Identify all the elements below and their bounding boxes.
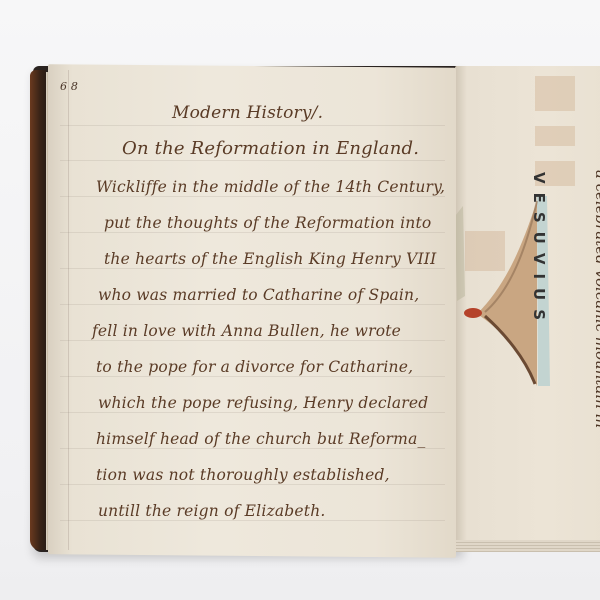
heading-line: On the Reformation in England. [122, 138, 419, 159]
ruled-line [60, 304, 445, 305]
ruled-line [60, 412, 445, 413]
ruled-line [60, 196, 445, 197]
page-title: Modern History/. [172, 103, 323, 123]
right-page [455, 66, 600, 550]
text-line: himself head of the church but Reforma_ [96, 430, 425, 448]
ruled-line [60, 484, 445, 485]
page-edges [455, 540, 600, 552]
ruled-line [60, 376, 445, 377]
page-corner-mark: 6 8 [60, 80, 78, 93]
ruled-line [60, 340, 445, 341]
ruled-line [60, 232, 445, 233]
text-line: tion was not thoroughly established, [96, 466, 390, 484]
ruled-line [60, 448, 445, 449]
ruled-line [60, 160, 445, 161]
book-spine-edge [30, 70, 46, 550]
text-line: to the pope for a divorce for Catharine, [96, 358, 413, 376]
text-line: Wickliffe in the middle of the 14th Cent… [96, 178, 445, 196]
right-page-handwriting: a celebrated volcanic mountain in [592, 170, 600, 428]
text-line: fell in love with Anna Bullen, he wrote [92, 322, 401, 340]
text-line: the hearts of the English King Henry VII… [104, 250, 436, 268]
vesuvius-label: VESUVIUS [530, 172, 548, 329]
text-line: who was married to Catharine of Spain, [98, 286, 419, 304]
margin-line [68, 70, 69, 550]
text-line: put the thoughts of the Reformation into [104, 214, 431, 232]
ruled-line [60, 520, 445, 521]
ruled-line [60, 125, 445, 126]
text-line: untill the reign of Elizabeth. [98, 502, 326, 520]
text-line: which the pope refusing, Henry declared [98, 394, 428, 412]
volcano-illustration [455, 66, 600, 550]
ruled-line [60, 268, 445, 269]
